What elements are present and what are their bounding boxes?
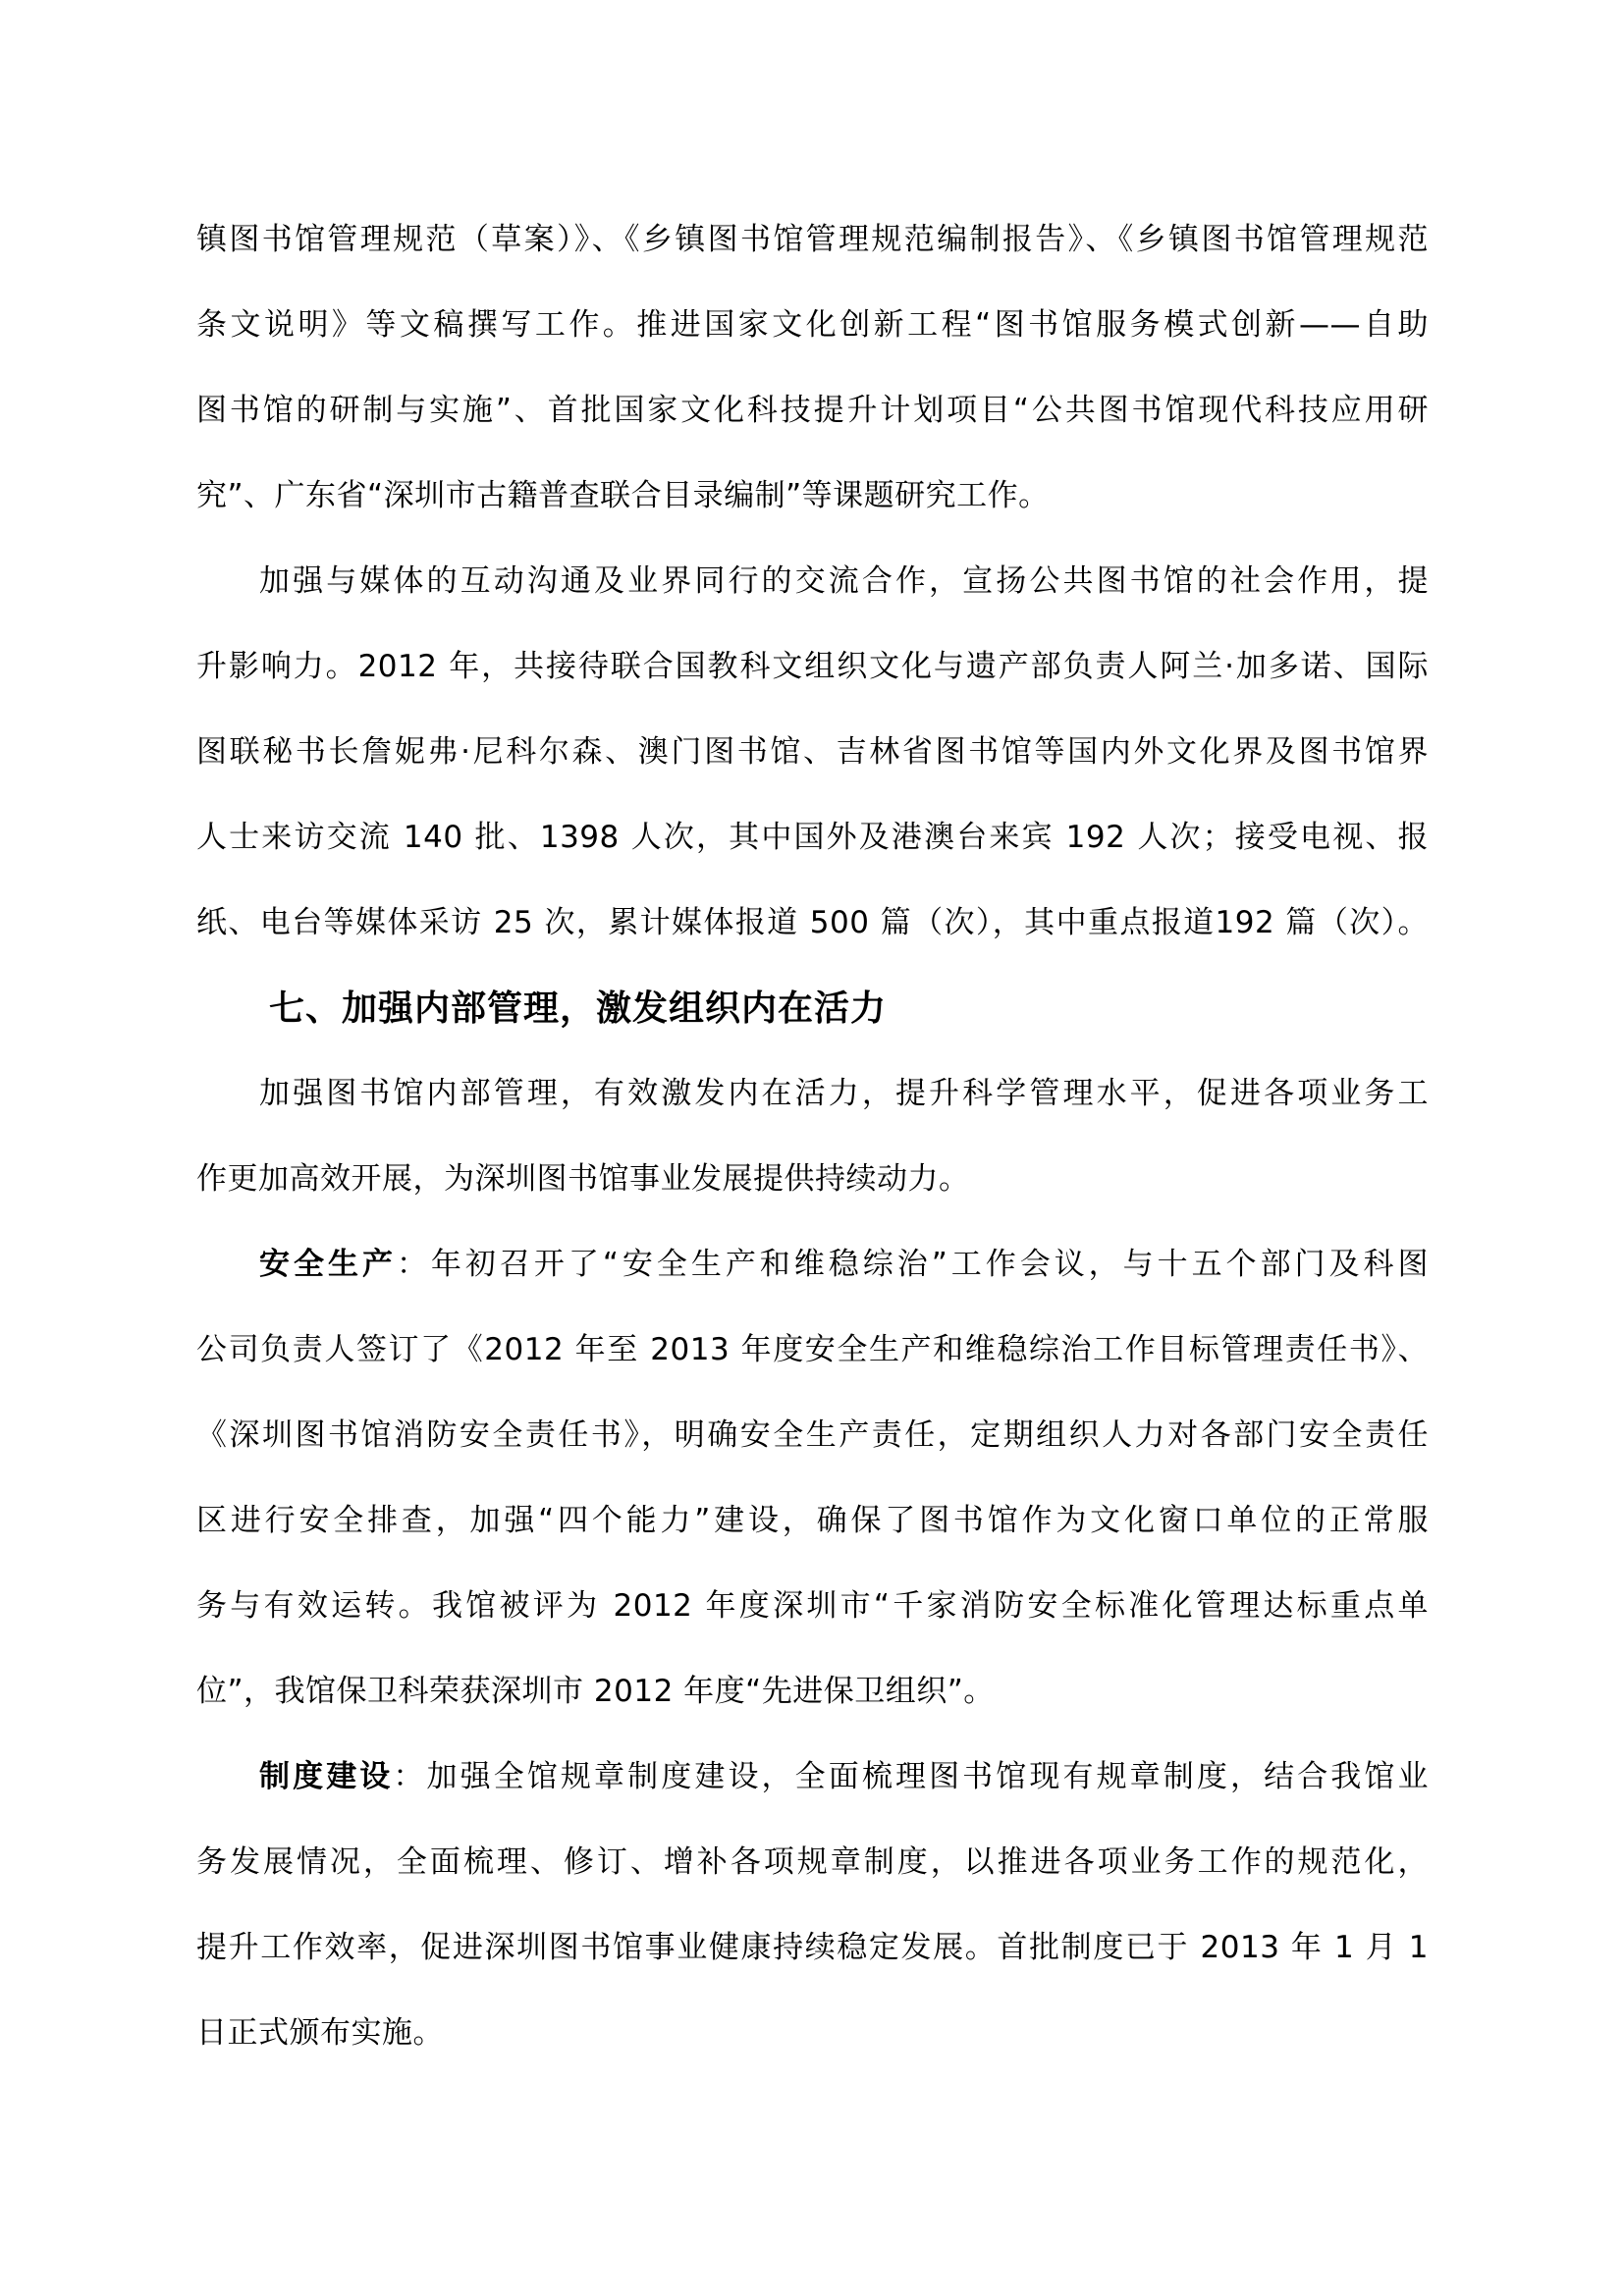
section-heading: 七、加强内部管理，激发组织内在活力: [196, 966, 1429, 1051]
text-line: 区进行安全排查，加强“四个能力”建设，确保了图书馆作为文化窗口单位的正常服: [196, 1478, 1429, 1564]
text-line: 纸、电台等媒体采访 25 次，累计媒体报道 500 篇（次），其中重点报道192…: [196, 881, 1429, 966]
text-line: 加强与媒体的互动沟通及业界同行的交流合作，宣扬公共图书馆的社会作用，提: [196, 539, 1429, 624]
text-line: 图联秘书长詹妮弗·尼科尔森、澳门图书馆、吉林省图书馆等国内外文化界及图书馆界: [196, 710, 1429, 795]
text-line: 升影响力。2012 年，共接待联合国教科文组织文化与遗产部负责人阿兰·加多诺、国…: [196, 624, 1429, 710]
text-line: 人士来访交流 140 批、1398 人次，其中国外及港澳台来宾 192 人次；接…: [196, 795, 1429, 881]
text-line: 务发展情况，全面梳理、修订、增补各项规章制度，以推进各项业务工作的规范化，: [196, 1820, 1429, 1905]
text-line: 提升工作效率，促进深圳图书馆事业健康持续稳定发展。首批制度已于 2013 年 1…: [196, 1905, 1429, 1991]
paragraph-bold-lead: 安全生产: [259, 1247, 397, 1282]
text-line: 作更加高效开展，为深圳图书馆事业发展提供持续动力。: [196, 1137, 1429, 1222]
document-text-block: 镇图书馆管理规范（草案）》、《乡镇图书馆管理规范编制报告》、《乡镇图书馆管理规范…: [196, 197, 1429, 2076]
paragraph-bold-lead: 制度建设: [259, 1759, 393, 1794]
text-line: 位”，我馆保卫科荣获深圳市 2012 年度“先进保卫组织”。: [196, 1649, 1429, 1735]
text-line: 务与有效运转。我馆被评为 2012 年度深圳市“千家消防安全标准化管理达标重点单: [196, 1564, 1429, 1649]
text-line: 加强图书馆内部管理，有效激发内在活力，提升科学管理水平，促进各项业务工: [196, 1051, 1429, 1137]
document-page: 镇图书馆管理规范（草案）》、《乡镇图书馆管理规范编制报告》、《乡镇图书馆管理规范…: [0, 0, 1624, 2296]
line-text: ：加强全馆规章制度建设，全面梳理图书馆现有规章制度，结合我馆业: [393, 1759, 1429, 1794]
text-line: 公司负责人签订了《2012 年至 2013 年度安全生产和维稳综治工作目标管理责…: [196, 1308, 1429, 1393]
text-line: 制度建设：加强全馆规章制度建设，全面梳理图书馆现有规章制度，结合我馆业: [196, 1735, 1429, 1820]
line-text: ：年初召开了“安全生产和维稳综治”工作会议，与十五个部门及科图: [397, 1247, 1429, 1282]
text-line: 日正式颁布实施。: [196, 1991, 1429, 2076]
text-line: 究”、广东省“深圳市古籍普查联合目录编制”等课题研究工作。: [196, 454, 1429, 539]
text-line: 安全生产：年初召开了“安全生产和维稳综治”工作会议，与十五个部门及科图: [196, 1222, 1429, 1308]
text-line: 图书馆的研制与实施”、首批国家文化科技提升计划项目“公共图书馆现代科技应用研: [196, 368, 1429, 454]
text-line: 镇图书馆管理规范（草案）》、《乡镇图书馆管理规范编制报告》、《乡镇图书馆管理规范: [196, 197, 1429, 283]
text-line: 条文说明》等文稿撰写工作。推进国家文化创新工程“图书馆服务模式创新——自助: [196, 283, 1429, 368]
text-line: 《深圳图书馆消防安全责任书》，明确安全生产责任，定期组织人力对各部门安全责任: [196, 1393, 1429, 1478]
